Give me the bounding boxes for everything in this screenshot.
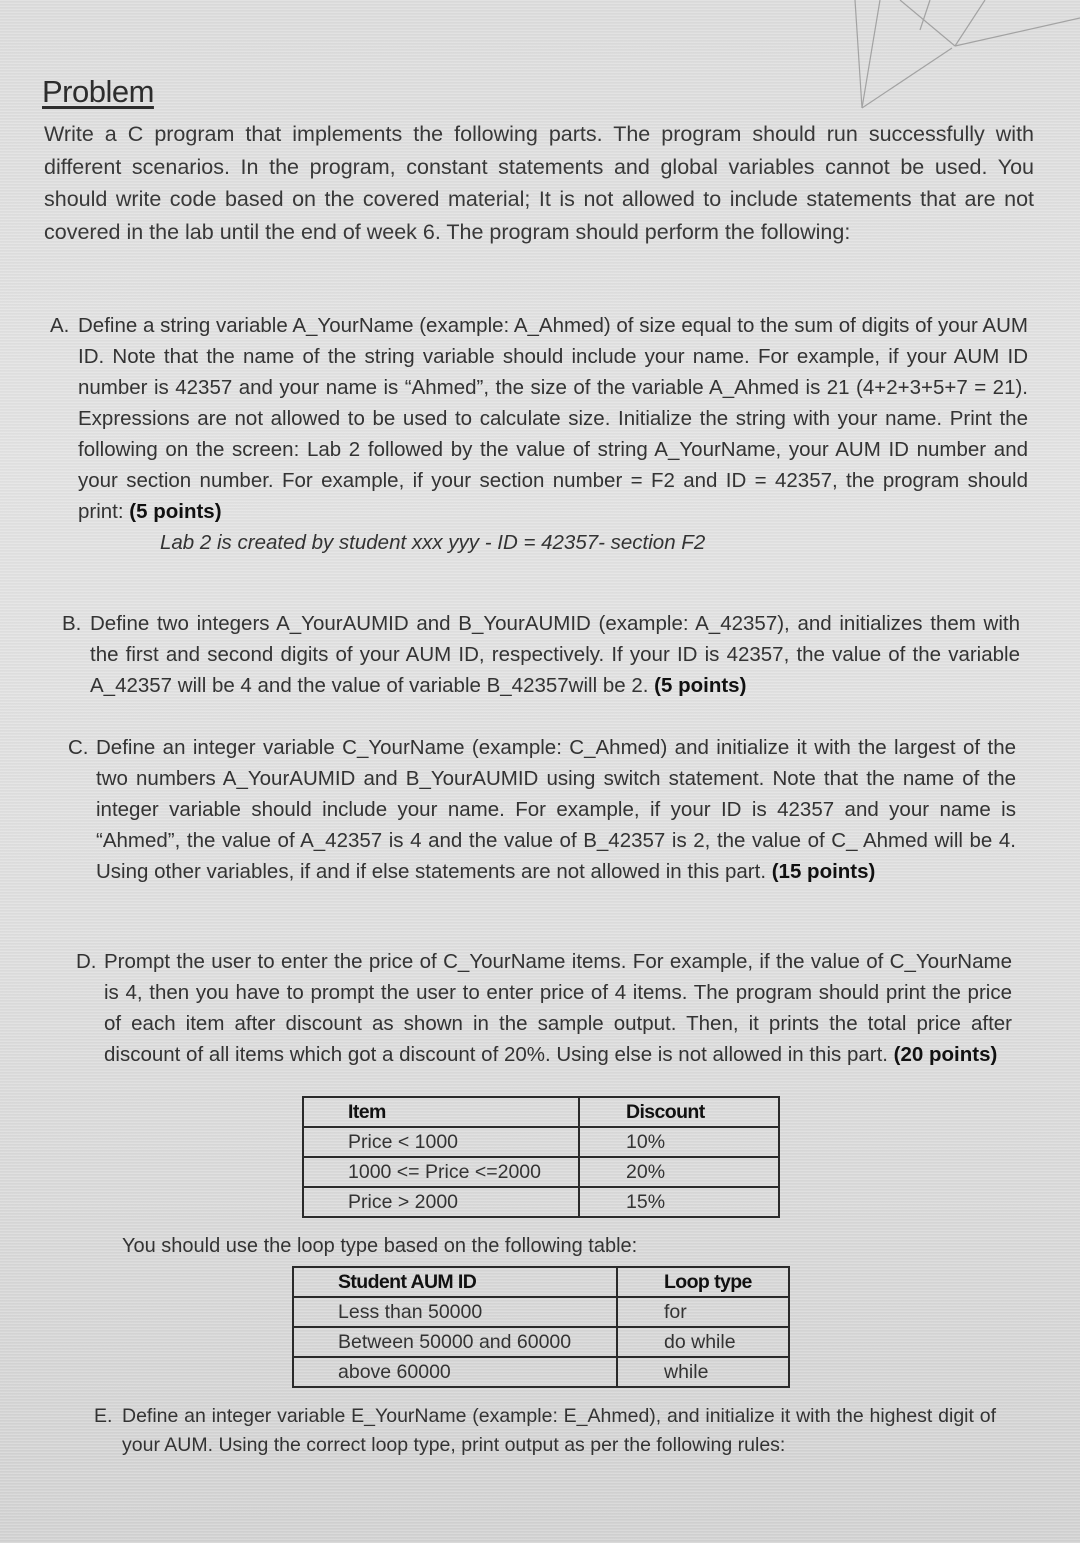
table-row: Less than 50000 for: [293, 1297, 789, 1327]
part-c-points: (15 points): [772, 860, 876, 883]
table-row: Price < 1000 10%: [303, 1127, 779, 1157]
discount-table: Item Discount Price < 1000 10% 1000 <= P…: [302, 1096, 780, 1218]
part-e-text: Define an integer variable E_YourName (e…: [122, 1405, 996, 1456]
table-header-row: Student AUM ID Loop type: [293, 1267, 789, 1297]
part-c-label: C.: [68, 732, 89, 763]
part-d-text: Prompt the user to enter the price of C_…: [104, 950, 1012, 1066]
cell-loop-type: do while: [617, 1327, 789, 1357]
cell-aum-range: above 60000: [293, 1357, 617, 1387]
part-e: E. Define an integer variable E_YourName…: [94, 1402, 996, 1460]
problem-document: Problem Write a C program that implement…: [0, 0, 1080, 1543]
part-c-text: Define an integer variable C_YourName (e…: [96, 736, 1016, 883]
table-row: 1000 <= Price <=2000 20%: [303, 1157, 779, 1187]
cell-discount: 15%: [579, 1187, 779, 1217]
part-d-label: D.: [76, 946, 97, 977]
part-d: D. Prompt the user to enter the price of…: [76, 946, 1012, 1070]
table-header-row: Item Discount: [303, 1097, 779, 1127]
part-a-example-output: Lab 2 is created by student xxx yyy - ID…: [78, 527, 1028, 558]
intro-paragraph: Write a C program that implements the fo…: [44, 118, 1034, 248]
part-c: C. Define an integer variable C_YourName…: [68, 732, 1016, 887]
part-b-text: Define two integers A_YourAUMID and B_Yo…: [90, 612, 1020, 697]
part-e-label: E.: [94, 1402, 112, 1431]
cell-item: Price > 2000: [303, 1187, 579, 1217]
cell-item: Price < 1000: [303, 1127, 579, 1157]
header-loop-type: Loop type: [617, 1267, 789, 1297]
cell-loop-type: for: [617, 1297, 789, 1327]
part-a-text: Define a string variable A_YourName (exa…: [78, 314, 1028, 523]
part-b: B. Define two integers A_YourAUMID and B…: [62, 608, 1020, 701]
part-a: A. Define a string variable A_YourName (…: [50, 310, 1028, 558]
loop-type-table: Student AUM ID Loop type Less than 50000…: [292, 1266, 790, 1388]
table-row: above 60000 while: [293, 1357, 789, 1387]
loop-table-intro: You should use the loop type based on th…: [122, 1235, 637, 1258]
cell-item: 1000 <= Price <=2000: [303, 1157, 579, 1187]
part-b-label: B.: [62, 608, 81, 639]
page-title: Problem: [42, 74, 154, 110]
cell-aum-range: Less than 50000: [293, 1297, 617, 1327]
header-student-aum-id: Student AUM ID: [293, 1267, 617, 1297]
part-d-points: (20 points): [894, 1043, 998, 1066]
header-discount: Discount: [579, 1097, 779, 1127]
table-row: Between 50000 and 60000 do while: [293, 1327, 789, 1357]
cell-discount: 20%: [579, 1157, 779, 1187]
cell-loop-type: while: [617, 1357, 789, 1387]
table-row: Price > 2000 15%: [303, 1187, 779, 1217]
part-a-points: (5 points): [129, 500, 221, 523]
cell-aum-range: Between 50000 and 60000: [293, 1327, 617, 1357]
part-b-points: (5 points): [654, 674, 746, 697]
part-a-label: A.: [50, 310, 69, 341]
header-item: Item: [303, 1097, 579, 1127]
cell-discount: 10%: [579, 1127, 779, 1157]
